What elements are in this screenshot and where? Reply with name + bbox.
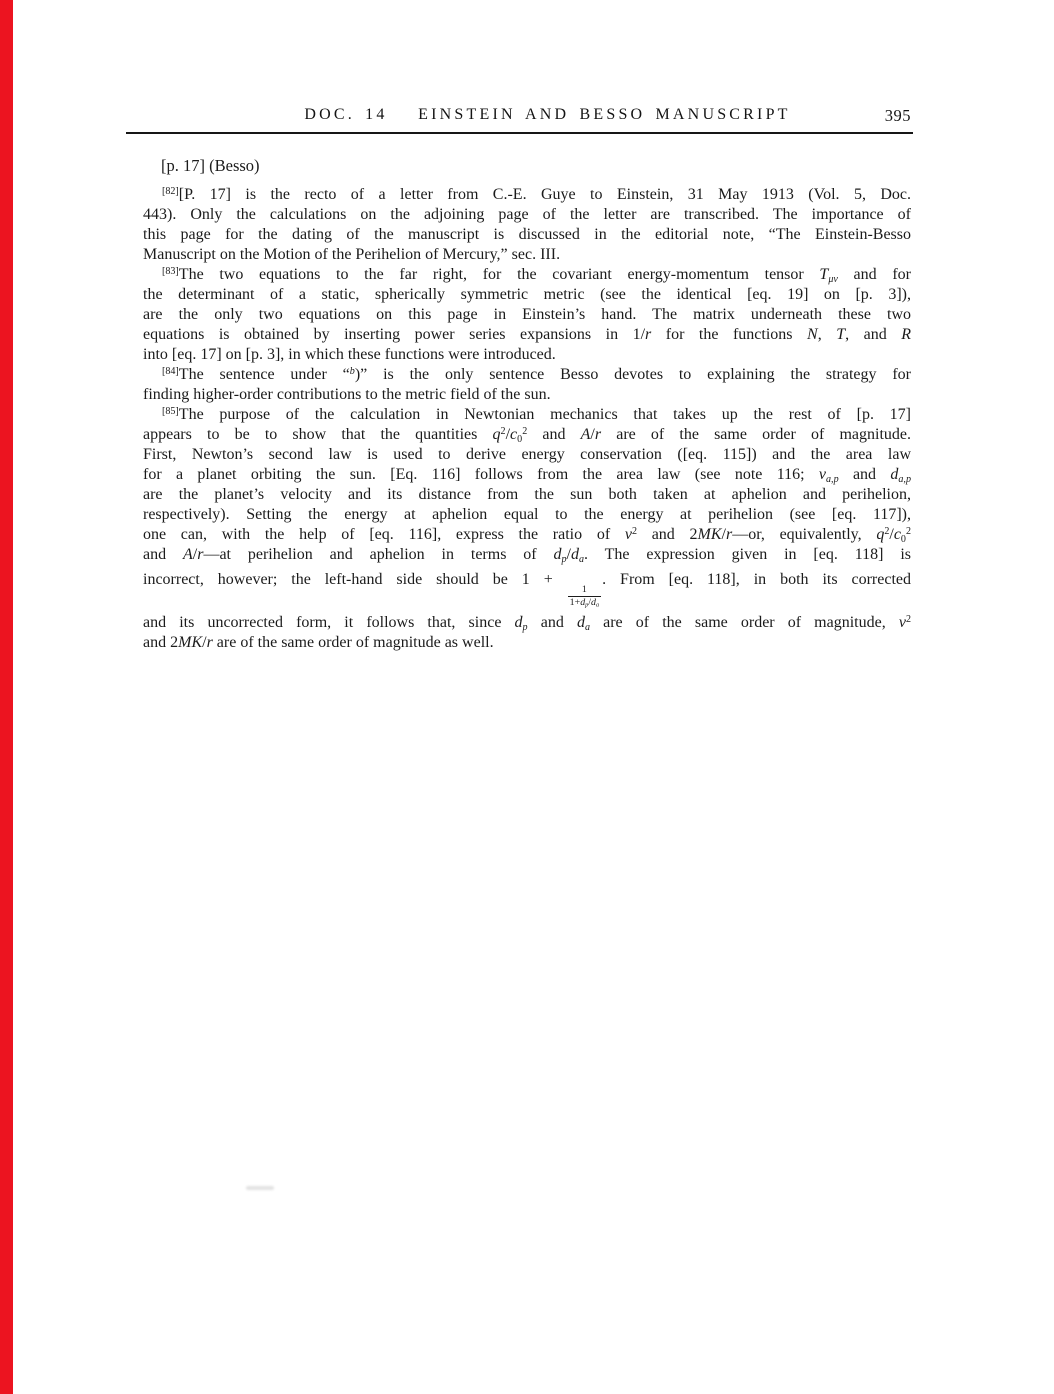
text-line: [83]The two equations to the far right, … — [143, 265, 911, 285]
text-line: [82][P. 17] is the recto of a letter fro… — [143, 185, 911, 205]
running-head-title: DOC. 14 EINSTEIN AND BESSO MANUSCRIPT — [126, 106, 913, 124]
text-line: for a planet orbiting the sun. [Eq. 116]… — [143, 465, 911, 485]
header-rule — [126, 132, 913, 134]
text-line: finding higher-order contributions to th… — [143, 385, 911, 405]
text-line: equations is obtained by inserting power… — [143, 325, 911, 345]
text-line: First, Newton’s second law is used to de… — [143, 445, 911, 465]
note-84: [84]The sentence under “b)” is the only … — [143, 365, 911, 405]
text-line: into [eq. 17] on [p. 3], in which these … — [143, 345, 911, 365]
text-line: and A/r—at perihelion and aphelion in te… — [143, 545, 911, 565]
text-line: are the planet’s velocity and its distan… — [143, 485, 911, 505]
note-85: [85]The purpose of the calculation in Ne… — [143, 405, 911, 653]
footnote-text-column: [82][P. 17] is the recto of a letter fro… — [143, 185, 911, 653]
text-line: [84]The sentence under “b)” is the only … — [143, 365, 911, 385]
text-line: appears to be to show that the quantitie… — [143, 425, 911, 445]
text-line: Manuscript on the Motion of the Periheli… — [143, 245, 911, 265]
book-page: DOC. 14 EINSTEIN AND BESSO MANUSCRIPT 39… — [0, 0, 1054, 1394]
text-line: respectively). Setting the energy at aph… — [143, 505, 911, 525]
page-number: 395 — [885, 106, 911, 126]
text-line: this page for the dating of the manuscri… — [143, 225, 911, 245]
inline-fraction: 11+dp/da — [568, 584, 601, 608]
note-83: [83]The two equations to the far right, … — [143, 265, 911, 365]
note-82: [82][P. 17] is the recto of a letter fro… — [143, 185, 911, 265]
text-line: the determinant of a static, spherically… — [143, 285, 911, 305]
text-line: one can, with the help of [eq. 116], exp… — [143, 525, 911, 545]
text-line: are the only two equations on this page … — [143, 305, 911, 325]
page-edge-red-strip — [0, 0, 13, 1394]
text-line: incorrect, however; the left-hand side s… — [143, 570, 911, 608]
text-line: and its uncorrected form, it follows tha… — [143, 613, 911, 633]
text-line: 443). Only the calculations on the adjoi… — [143, 205, 911, 225]
scan-smudge — [246, 1186, 274, 1190]
running-head: DOC. 14 EINSTEIN AND BESSO MANUSCRIPT 39… — [126, 106, 913, 130]
text-line: and 2MK/r are of the same order of magni… — [143, 633, 911, 653]
section-label: [p. 17] (Besso) — [161, 156, 260, 176]
text-line: [85]The purpose of the calculation in Ne… — [143, 405, 911, 425]
